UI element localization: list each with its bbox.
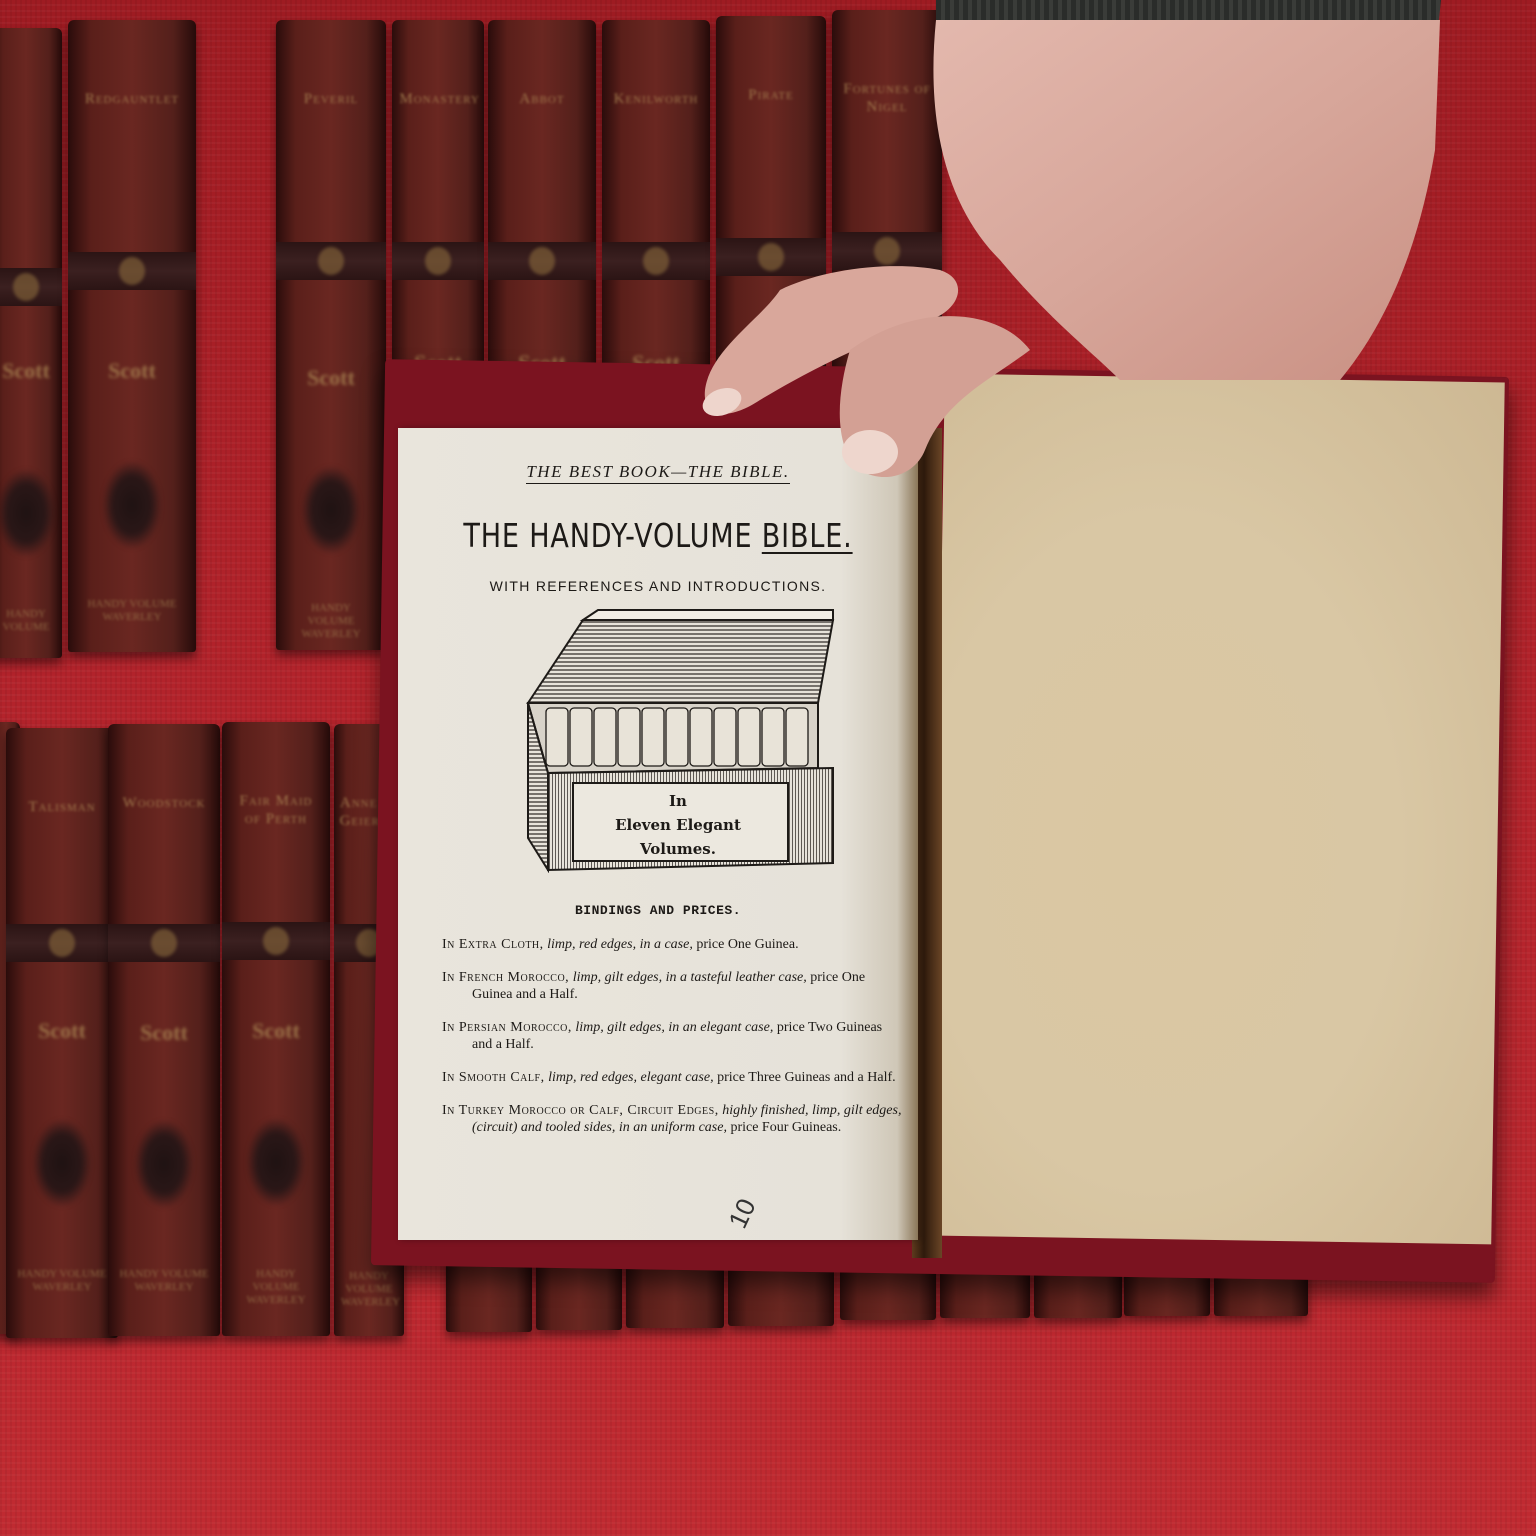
spine-title: Redgauntlet: [78, 90, 186, 108]
endpaper-right: [931, 374, 1504, 1245]
spine-imprint: Handy Volume: [0, 608, 55, 634]
binding-entry: In Persian Morocco, limp, gilt edges, in…: [442, 1019, 904, 1053]
page-subtitle: WITH REFERENCES AND INTRODUCTIONS.: [398, 578, 918, 594]
binding-entry: In Smooth Calf, limp, red edges, elegant…: [442, 1069, 904, 1086]
spine-title: Abbot: [497, 90, 588, 108]
hand: [700, 20, 1460, 490]
spine-ornament: [246, 1117, 306, 1207]
spine-band: [108, 924, 220, 962]
spine-imprint: Handy Volume Waverley: [119, 1268, 209, 1294]
book-spine: Talisman Scott Handy Volume Waverley: [6, 728, 118, 1338]
spine-author: Scott: [68, 358, 196, 384]
spine-ornament: [301, 465, 361, 555]
book-spine: Scott Handy Volume: [0, 28, 62, 658]
spine-author: Scott: [222, 1018, 330, 1044]
spine-band: [222, 922, 330, 960]
binding-entry: In Extra Cloth, limp, red edges, in a ca…: [442, 936, 904, 953]
bindings-heading: BINDINGS AND PRICES.: [398, 903, 918, 918]
spine-title: Woodstock: [117, 794, 211, 812]
spine-band: [0, 268, 62, 306]
spine-title: Kenilworth: [611, 90, 702, 108]
spine-author: Scott: [6, 1018, 118, 1044]
spine-band: [392, 242, 484, 280]
case-label-line1: In: [669, 792, 687, 810]
spine-author: Scott: [108, 1020, 220, 1046]
binding-entry: In French Morocco, limp, gilt edges, in …: [442, 969, 904, 1003]
spine-band: [488, 242, 596, 280]
spine-title: Fair Maid of Perth: [231, 792, 322, 828]
bindings-list: In Extra Cloth, limp, red edges, in a ca…: [442, 936, 904, 1152]
book-spine: Woodstock Scott Handy Volume Waverley: [108, 724, 220, 1336]
spine-band: [602, 242, 710, 280]
page-title: THE HANDY-VOLUME BIBLE.: [445, 516, 871, 555]
spine-ornament: [134, 1119, 194, 1209]
book-spine: Peveril Scott Handy Volume Waverley: [276, 20, 386, 650]
spine-band: [276, 242, 386, 280]
case-label-line3: Volumes.: [639, 840, 716, 858]
spine-ornament: [102, 460, 162, 550]
book-spine: Redgauntlet Scott Handy Volume Waverley: [68, 20, 196, 652]
book-spine: Fair Maid of Perth Scott Handy Volume Wa…: [222, 722, 330, 1336]
spine-band: [68, 252, 196, 290]
spine-ornament: [0, 468, 56, 558]
spine-imprint: Handy Volume Waverley: [287, 602, 375, 641]
advertisement-page: THE BEST BOOK—THE BIBLE. THE HANDY-VOLUM…: [398, 428, 918, 1240]
spine-title: Peveril: [285, 90, 377, 108]
binding-entry: In Turkey Morocco or Calf, Circuit Edges…: [442, 1102, 904, 1136]
spine-author: Scott: [0, 358, 62, 384]
spine-ornament: [32, 1118, 92, 1208]
spine-author: Scott: [276, 365, 386, 391]
spine-imprint: Handy Volume Waverley: [17, 1268, 107, 1294]
spine-imprint: Handy Volume Waverley: [81, 598, 183, 624]
pencil-annotation: 10: [722, 1194, 762, 1233]
spine-imprint: Handy Volume Waverley: [233, 1268, 319, 1307]
spine-title: Talisman: [15, 798, 109, 816]
bible-case-illustration: In Eleven Elegant Volumes.: [488, 608, 838, 873]
spine-band: [6, 924, 118, 962]
spine-imprint: Handy Volume Waverley: [341, 1270, 397, 1309]
spine-title: Monastery: [399, 90, 476, 108]
case-label-line2: Eleven Elegant: [615, 816, 741, 834]
